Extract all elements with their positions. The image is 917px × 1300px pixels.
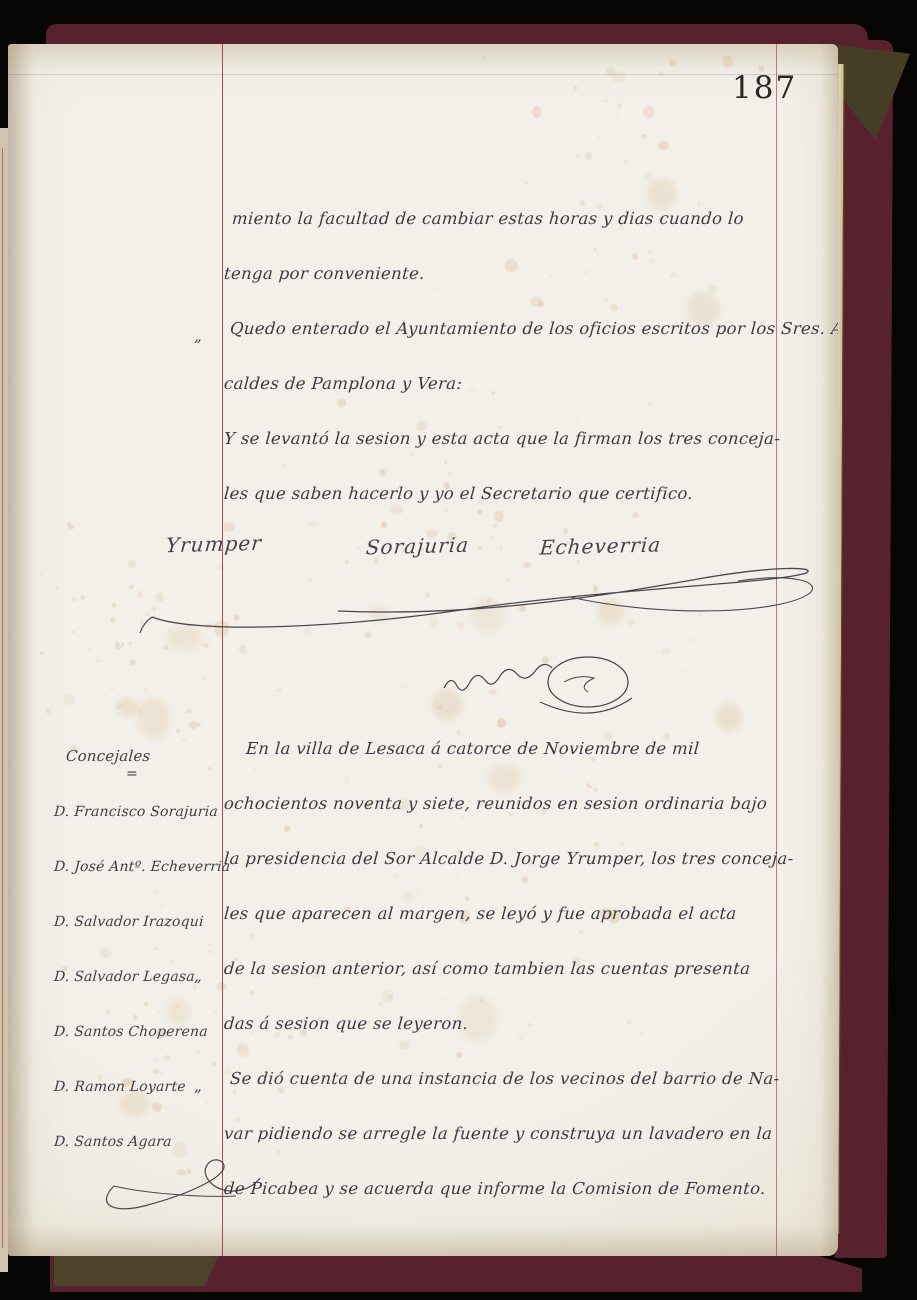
manuscript-line: ochocientos noventa y siete, reunidos en… [223, 794, 768, 813]
margin-name: D. Francisco Sorajuria [53, 804, 218, 820]
scanned-book-photo: 187 miento la facultad de cambiar estas … [0, 0, 917, 1300]
paragraph-ditto-mark: „ [194, 327, 202, 345]
manuscript-line: Se dió cuenta de una instancia de los ve… [215, 1069, 780, 1088]
margin-header-underline: = [126, 766, 138, 782]
underlying-page-sliver [0, 128, 8, 1272]
manuscript-line: var pidiendo se arregle la fuente y cons… [223, 1124, 773, 1143]
margin-rule-line [2, 148, 3, 1248]
manuscript-line: la presidencia del Sor Alcalde D. Jorge … [223, 849, 794, 868]
manuscript-line: caldes de Pamplona y Vera: [223, 374, 463, 393]
manuscript-line: de la sesion anterior, así como tambien … [223, 959, 751, 978]
margin-name: D. José Antº. Echeverria [53, 859, 231, 875]
manuscript-line: das á sesion que se leyeron. [223, 1014, 469, 1033]
margin-name: D. Salvador Irazoqui [53, 914, 204, 930]
manuscript-line: les que aparecen al margen, se leyó y fu… [223, 904, 737, 923]
manuscript-line: de Picabea y se acuerda que informe la C… [223, 1179, 766, 1198]
paragraph-ditto-mark: „ [194, 967, 202, 985]
manuscript-line: tenga por conveniente. [223, 264, 425, 283]
margin-name: D. Santos Choperena [53, 1024, 208, 1040]
manuscript-line: Quedo enterado el Ayuntamiento de los of… [215, 319, 838, 338]
paragraph-ditto-mark: „ [194, 1077, 202, 1095]
margin-name: D. Salvador Legasa [53, 969, 195, 985]
page-number: 187 [732, 70, 797, 106]
manuscript-line: Y se levantó la sesion y esta acta que l… [223, 429, 781, 448]
margin-header-concejales: Concejales [65, 747, 151, 765]
manuscript-line: miento la facultad de cambiar estas hora… [231, 209, 744, 228]
center-annotation-rubric-icon [436, 652, 648, 716]
manuscript-page: 187 miento la facultad de cambiar estas … [8, 44, 838, 1256]
signature-rubric-flourish-icon [138, 539, 830, 639]
manuscript-line: En la villa de Lesaca á catorce de Novie… [231, 739, 700, 758]
manuscript-line: les que saben hacerlo y yo el Secretario… [223, 484, 694, 503]
margin-name: D. Santos Agara [53, 1134, 172, 1150]
margin-name: D. Ramon Loyarte [53, 1079, 186, 1095]
